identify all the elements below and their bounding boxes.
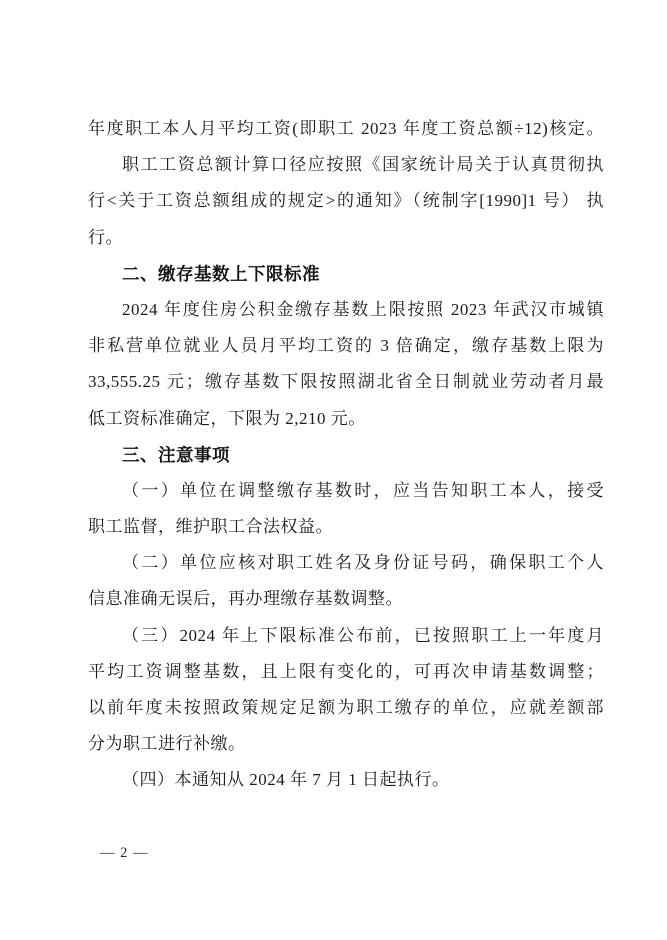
body-line: 职工工资总额计算口径应按照《国家统计局关于认真贯彻执: [88, 147, 604, 183]
body-line: 信息准确无误后，再办理缴存基数调整。: [88, 581, 604, 617]
body-line: （三）2024 年上下限标准公布前，已按照职工上一年度月: [88, 618, 604, 654]
body-line: 2024 年度住房公积金缴存基数上限按照 2023 年武汉市城镇: [88, 292, 604, 328]
body-line: 年度职工本人月平均工资(即职工 2023 年度工资总额÷12)核定。: [88, 111, 604, 147]
body-line: （一）单位在调整缴存基数时，应当告知职工本人，接受: [88, 473, 604, 509]
body-line: 分为职工进行补缴。: [88, 726, 604, 762]
body-line: （四）本通知从 2024 年 7 月 1 日起执行。: [88, 762, 604, 798]
body-line: 非私营单位就业人员月平均工资的 3 倍确定，缴存基数上限为: [88, 328, 604, 364]
section-heading-2: 二、缴存基数上下限标准: [88, 256, 604, 292]
section-heading-3: 三、注意事项: [88, 437, 604, 473]
body-line: 职工监督，维护职工合法权益。: [88, 509, 604, 545]
body-line: 低工资标准确定，下限为 2,210 元。: [88, 401, 604, 437]
body-line: 33,555.25 元；缴存基数下限按照湖北省全日制就业劳动者月最: [88, 364, 604, 400]
body-line: 行。: [88, 220, 604, 256]
body-line: 平均工资调整基数，且上限有变化的，可再次申请基数调整；: [88, 654, 604, 690]
document-body: 年度职工本人月平均工资(即职工 2023 年度工资总额÷12)核定。 职工工资总…: [88, 111, 604, 799]
page-number: — 2 —: [100, 843, 149, 863]
body-line: 以前年度未按照政策规定足额为职工缴存的单位，应就差额部: [88, 690, 604, 726]
document-page: 年度职工本人月平均工资(即职工 2023 年度工资总额÷12)核定。 职工工资总…: [0, 0, 667, 940]
body-line: （二）单位应核对职工姓名及身份证号码，确保职工个人: [88, 545, 604, 581]
body-line: 行<关于工资总额组成的规定>的通知》（统制字[1990]1 号） 执: [88, 183, 604, 219]
